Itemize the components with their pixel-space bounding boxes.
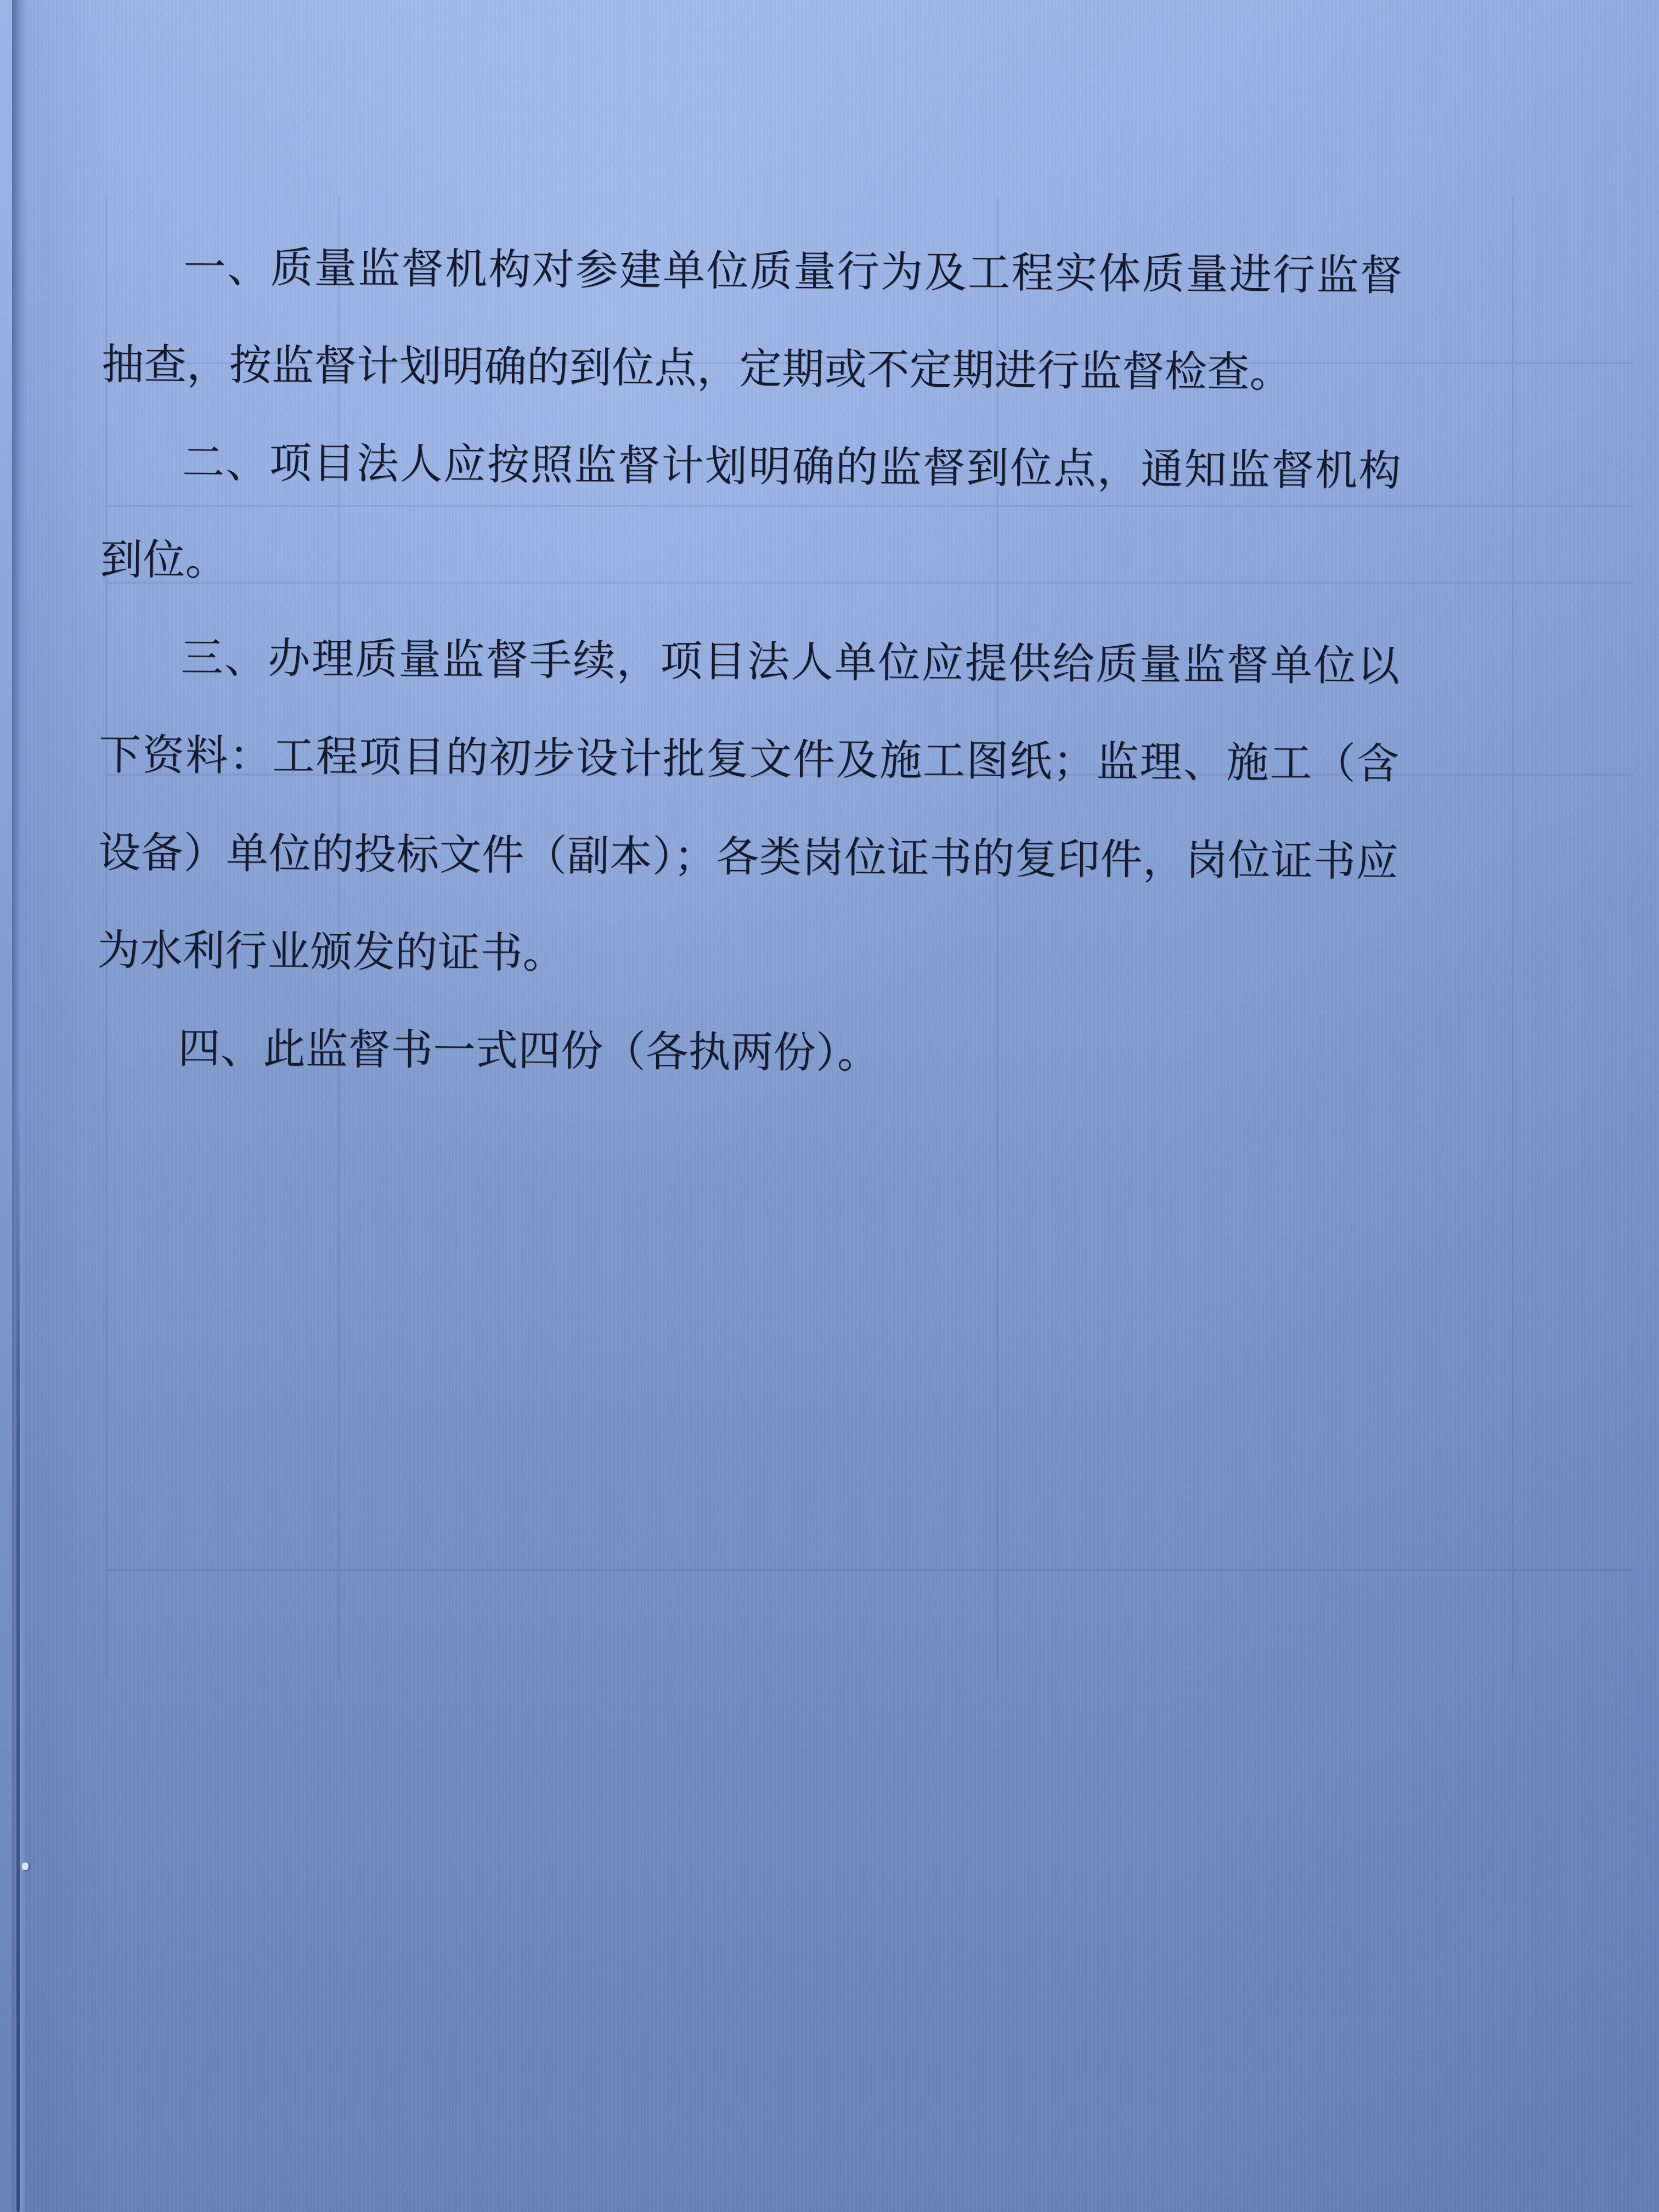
document-body: 一、质量监督机构对参建单位质量行为及工程实体质量进行监督抽查，按监督计划明确的到…: [97, 218, 1403, 1107]
clause-1: 一、质量监督机构对参建单位质量行为及工程实体质量进行监督抽查，按监督计划明确的到…: [101, 218, 1403, 423]
binding-fold: [16, 1097, 20, 2212]
document-page: 一、质量监督机构对参建单位质量行为及工程实体质量进行监督抽查，按监督计划明确的到…: [12, 0, 1659, 2212]
show-through-rule: [1512, 198, 1514, 1679]
clause-3: 三、办理质量监督手续，项目法人单位应提供给质量监督单位以下资料：工程项目的初步设…: [97, 609, 1400, 1009]
clause-4: 四、此监督书一式四份（各执两份）。: [97, 1000, 1397, 1107]
show-through-rule: [108, 1569, 1633, 1571]
staple-icon: [22, 1863, 29, 1870]
clause-2: 二、项目法人应按照监督计划明确的监督到位点，通知监督机构到位。: [100, 414, 1401, 618]
